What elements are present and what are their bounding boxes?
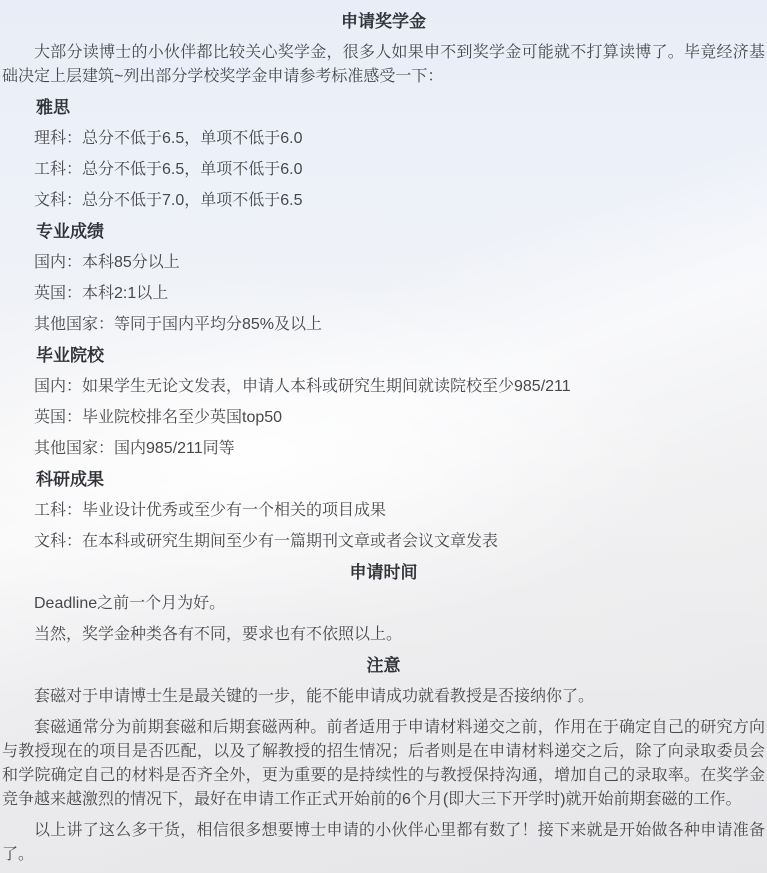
criteria-item-ielts-engineering: 工科：总分不低于6.5，单项不低于6.0 (2, 158, 765, 182)
criteria-item-school-other: 其他国家：国内985/211同等 (2, 437, 765, 461)
section-heading-alma-mater: 毕业院校 (2, 344, 765, 368)
criteria-item-research-liberal-arts: 文科：在本科或研究生期间至少有一篇期刊文章或者会议文章发表 (2, 530, 765, 554)
notice-paragraph-closing: 以上讲了这么多干货，相信很多想要博士申请的小伙伴心里都有数了！接下来就是开始做各… (2, 819, 765, 867)
criteria-item-grades-domestic: 国内：本科85分以上 (2, 251, 765, 275)
article-page: 申请奖学金 大部分读博士的小伙伴都比较关心奖学金，很多人如果申不到奖学金可能就不… (0, 0, 767, 867)
page-title: 申请奖学金 (2, 10, 765, 34)
criteria-item-research-engineering: 工科：毕业设计优秀或至少有一个相关的项目成果 (2, 499, 765, 523)
timing-paragraph-deadline: Deadline之前一个月为好。 (2, 592, 765, 616)
section-heading-timing: 申请时间 (2, 561, 765, 585)
criteria-item-school-domestic: 国内：如果学生无论文发表，申请人本科或研究生期间就读院校至少985/211 (2, 375, 765, 399)
criteria-item-ielts-liberal-arts: 文科：总分不低于7.0，单项不低于6.5 (2, 189, 765, 213)
notice-paragraph-detail: 套磁通常分为前期套磁和后期套磁两种。前者适用于申请材料递交之前，作用在于确定自己… (2, 716, 765, 812)
section-heading-notice: 注意 (2, 654, 765, 678)
criteria-item-ielts-science: 理科：总分不低于6.5，单项不低于6.0 (2, 127, 765, 151)
section-heading-ielts: 雅思 (2, 96, 765, 120)
intro-paragraph: 大部分读博士的小伙伴都比较关心奖学金，很多人如果申不到奖学金可能就不打算读博了。… (2, 41, 765, 89)
section-heading-major-grades: 专业成绩 (2, 220, 765, 244)
timing-paragraph-note: 当然，奖学金种类各有不同，要求也有不依照以上。 (2, 623, 765, 647)
criteria-item-grades-other: 其他国家：等同于国内平均分85%及以上 (2, 313, 765, 337)
notice-paragraph-contact: 套磁对于申请博士生是最关键的一步，能不能申请成功就看教授是否接纳你了。 (2, 685, 765, 709)
criteria-item-school-uk: 英国：毕业院校排名至少英国top50 (2, 406, 765, 430)
criteria-item-grades-uk: 英国：本科2:1以上 (2, 282, 765, 306)
section-heading-research: 科研成果 (2, 468, 765, 492)
